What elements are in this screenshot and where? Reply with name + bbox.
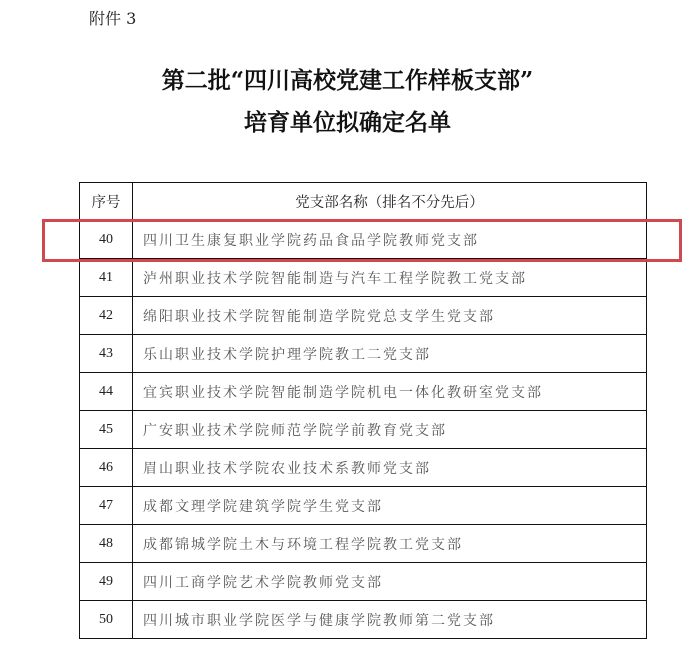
row-branch-name: 泸州职业技术学院智能制造与汽车工程学院教工党支部: [133, 259, 647, 297]
row-branch-name: 四川城市职业学院医学与健康学院教师第二党支部: [133, 601, 647, 639]
row-branch-name: 成都文理学院建筑学院学生党支部: [133, 487, 647, 525]
row-number: 47: [80, 487, 133, 525]
row-number: 44: [80, 373, 133, 411]
table-row: 45 广安职业技术学院师范学院学前教育党支部: [80, 411, 647, 449]
row-branch-name: 广安职业技术学院师范学院学前教育党支部: [133, 411, 647, 449]
table-header-row: 序号 党支部名称（排名不分先后）: [80, 183, 647, 221]
row-number: 42: [80, 297, 133, 335]
header-serial-number: 序号: [80, 183, 133, 221]
header-branch-name: 党支部名称（排名不分先后）: [133, 183, 647, 221]
table-row: 46 眉山职业技术学院农业技术系教师党支部: [80, 449, 647, 487]
table-row: 44 宜宾职业技术学院智能制造学院机电一体化教研室党支部: [80, 373, 647, 411]
row-branch-name: 乐山职业技术学院护理学院教工二党支部: [133, 335, 647, 373]
row-branch-name: 宜宾职业技术学院智能制造学院机电一体化教研室党支部: [133, 373, 647, 411]
row-branch-name: 绵阳职业技术学院智能制造学院党总支学生党支部: [133, 297, 647, 335]
row-number: 45: [80, 411, 133, 449]
row-number: 46: [80, 449, 133, 487]
table-row: 48 成都锦城学院土木与环境工程学院教工党支部: [80, 525, 647, 563]
row-branch-name: 成都锦城学院土木与环境工程学院教工党支部: [133, 525, 647, 563]
table-row: 42 绵阳职业技术学院智能制造学院党总支学生党支部: [80, 297, 647, 335]
row-number: 48: [80, 525, 133, 563]
table-row: 50 四川城市职业学院医学与健康学院教师第二党支部: [80, 601, 647, 639]
row-branch-name: 四川工商学院艺术学院教师党支部: [133, 563, 647, 601]
document-title-line1: 第二批“四川高校党建工作样板支部”: [0, 62, 695, 95]
table-row: 41 泸州职业技术学院智能制造与汽车工程学院教工党支部: [80, 259, 647, 297]
row-branch-name: 眉山职业技术学院农业技术系教师党支部: [133, 449, 647, 487]
branch-list-table: 序号 党支部名称（排名不分先后） 40 四川卫生康复职业学院药品食品学院教师党支…: [79, 182, 647, 639]
table-row: 40 四川卫生康复职业学院药品食品学院教师党支部: [80, 221, 647, 259]
attachment-label: 附件 3: [89, 6, 136, 29]
table-row: 47 成都文理学院建筑学院学生党支部: [80, 487, 647, 525]
row-branch-name: 四川卫生康复职业学院药品食品学院教师党支部: [133, 221, 647, 259]
row-number: 49: [80, 563, 133, 601]
row-number: 50: [80, 601, 133, 639]
row-number: 43: [80, 335, 133, 373]
row-number: 41: [80, 259, 133, 297]
document-title-line2: 培育单位拟确定名单: [0, 104, 695, 137]
table-row: 49 四川工商学院艺术学院教师党支部: [80, 563, 647, 601]
row-number: 40: [80, 221, 133, 259]
table-row: 43 乐山职业技术学院护理学院教工二党支部: [80, 335, 647, 373]
